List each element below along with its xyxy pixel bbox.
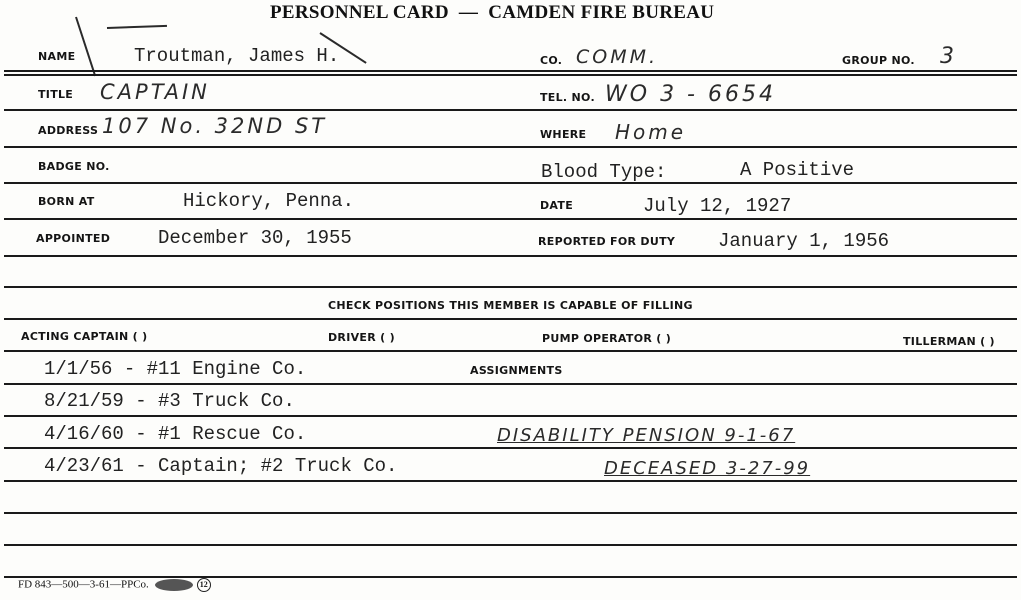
blood-type-value: A Positive <box>740 159 854 181</box>
title-right: CAMDEN FIRE BUREAU <box>488 2 714 23</box>
tel-no-label: TEL. NO. <box>540 91 595 104</box>
co-value: COMM. <box>576 46 658 68</box>
badge-no-label: BADGE NO. <box>38 160 110 173</box>
form-code: FD 843—500—3-61—PPCo. <box>18 579 149 591</box>
driver-checkbox[interactable]: DRIVER ( ) <box>328 331 395 344</box>
rule <box>4 146 1017 148</box>
date-value: July 12, 1927 <box>643 195 791 217</box>
pencil-mark <box>75 17 96 77</box>
appointed-label: APPOINTED <box>36 232 110 245</box>
co-label: CO. <box>540 54 562 67</box>
address-label: ADDRESS <box>38 124 98 137</box>
blood-type-label: Blood Type: <box>541 161 666 183</box>
rule <box>4 512 1017 514</box>
rule <box>4 218 1017 220</box>
rule <box>4 415 1017 417</box>
acting-captain-checkbox[interactable]: ACTING CAPTAIN ( ) <box>21 330 147 343</box>
union-seal-icon <box>155 579 193 591</box>
rule <box>4 350 1017 352</box>
rule-double-top <box>4 70 1017 72</box>
rule <box>4 383 1017 385</box>
assignment-entry: 4/16/60 - #1 Rescue Co. <box>44 423 306 445</box>
title-value: CAPTAIN <box>100 80 210 104</box>
born-at-value: Hickory, Penna. <box>183 190 354 212</box>
disability-pension-note: DISABILITY PENSION 9-1-67 <box>497 425 795 446</box>
tel-no-value: WO 3 - 6654 <box>605 82 776 107</box>
group-no-value: 3 <box>940 44 957 69</box>
assignments-label: ASSIGNMENTS <box>470 364 563 377</box>
rule <box>4 318 1017 320</box>
address-value: 107 No. 32ND ST <box>102 114 327 138</box>
reported-for-duty-label: REPORTED FOR DUTY <box>538 235 675 248</box>
personnel-card: PERSONNEL CARD—CAMDEN FIRE BUREAU NAME T… <box>0 0 1021 600</box>
assignment-entry: 1/1/56 - #11 Engine Co. <box>44 358 306 380</box>
where-value: Home <box>615 120 686 144</box>
form-footer: FD 843—500—3-61—PPCo.12 <box>18 578 211 592</box>
assignment-entry: 4/23/61 - Captain; #2 Truck Co. <box>44 455 397 477</box>
born-at-label: BORN AT <box>38 195 95 208</box>
rule <box>4 182 1017 184</box>
rule <box>4 447 1017 449</box>
name-label: NAME <box>38 50 75 63</box>
rule <box>4 109 1017 111</box>
title-left: PERSONNEL CARD <box>270 2 449 23</box>
name-value: Troutman, James H. <box>134 45 339 67</box>
rule-double-bottom <box>4 74 1017 76</box>
rule <box>4 286 1017 288</box>
card-title: PERSONNEL CARD—CAMDEN FIRE BUREAU <box>270 2 714 24</box>
rule <box>4 255 1017 257</box>
pencil-mark <box>107 25 167 29</box>
deceased-note: DECEASED 3-27-99 <box>604 458 810 479</box>
rule <box>4 544 1017 546</box>
date-label: DATE <box>540 199 573 212</box>
tillerman-checkbox[interactable]: TILLERMAN ( ) <box>903 335 995 348</box>
rule <box>4 480 1017 482</box>
title-label: TITLE <box>38 88 73 101</box>
group-no-label: GROUP NO. <box>842 54 915 67</box>
title-separator: — <box>459 2 478 23</box>
reported-for-duty-value: January 1, 1956 <box>718 230 889 252</box>
assignment-entry: 8/21/59 - #3 Truck Co. <box>44 390 295 412</box>
positions-heading: CHECK POSITIONS THIS MEMBER IS CAPABLE O… <box>328 299 693 312</box>
pump-operator-checkbox[interactable]: PUMP OPERATOR ( ) <box>542 332 671 345</box>
where-label: WHERE <box>540 128 586 141</box>
appointed-value: December 30, 1955 <box>158 227 352 249</box>
union-number-badge: 12 <box>197 578 211 592</box>
